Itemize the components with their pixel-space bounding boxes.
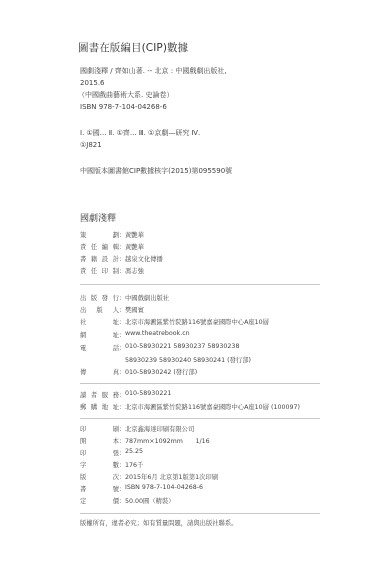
row-value: 25.25 [125, 448, 143, 457]
printing-row: 印 刷：北京鑫海達印刷有限公司 [80, 424, 194, 433]
row-label: 書 號 [80, 484, 119, 493]
credit-value: 越泉文化傳播 [125, 254, 163, 263]
credit-row: 責任編輯：黃艷華 [80, 242, 144, 251]
credit-value: 馮志強 [125, 266, 144, 275]
credit-row: 責任印制：馮志強 [80, 266, 144, 275]
row-label: 印 刷 [80, 424, 119, 433]
publisher-row: 電 話：010-58930221 58930237 58930238 [80, 343, 239, 352]
printing-row: 定 價：50.00圓（精裝） [80, 496, 175, 505]
row-value: 北京市海澱區紫竹院路116號嘉豪國際中心A座10層 [125, 317, 269, 326]
credit-row: 書籍設計：越泉文化傳播 [80, 254, 163, 263]
publisher-row: 社 址：北京市海澱區紫竹院路116號嘉豪國際中心A座10層 [80, 317, 269, 326]
divider [80, 383, 320, 384]
credit-label: 責任印制 [80, 266, 119, 275]
row-value: 樊國賓 [125, 305, 144, 314]
credit-label: 書籍設計 [80, 254, 119, 263]
divider [80, 513, 320, 514]
cip-heading: 圖書在版編目(CIP)數據 [78, 40, 188, 55]
divider [80, 284, 320, 285]
publisher-row: 出 版 人：樊國賓 [80, 305, 144, 314]
row-value: 2015年6月 北京第1版第1次印刷 [125, 472, 218, 481]
row-label: 社 址 [80, 317, 119, 326]
cip-line: ISBN 978-7-104-04268-6 [80, 102, 167, 112]
cip-line: 國劇淺釋 / 齊如山著. -- 北京 : 中國戲劇出版社, [80, 66, 227, 76]
website-link[interactable]: www.theatrebook.cn [125, 330, 190, 339]
row-label: 開 本 [80, 436, 119, 445]
credit-label: 策 劃 [80, 230, 119, 239]
row-value: 176千 [125, 460, 143, 469]
row-label: 讀者服務 [80, 390, 119, 399]
row-value: 北京市海澱區紫竹院路116號嘉豪國際中心A座10層 (100097) [125, 402, 300, 411]
book-title: 國劇淺釋 [80, 211, 116, 224]
row-label: 字 數 [80, 460, 119, 469]
row-value: 北京鑫海達印刷有限公司 [125, 424, 194, 433]
row-value: 58930239 58930240 58930241 (發行部) [125, 355, 251, 364]
row-value: 010-58930221 [125, 390, 171, 399]
printing-row: 書 號：ISBN 978-7-104-04268-6 [80, 484, 203, 493]
notice-text: 版權所有，違者必究；如有質量問題，請與出版社聯系。 [80, 518, 237, 527]
credit-label: 責任編輯 [80, 242, 119, 251]
printing-row: 印 張：25.25 [80, 448, 143, 457]
cip-record: 中國版本圖書館CIP數據核字(2015)第095590號 [80, 166, 232, 176]
credit-row: 策 劃：黃艷華 [80, 230, 144, 239]
row-label: 印 張 [80, 448, 119, 457]
row-label: 網 址 [80, 330, 119, 339]
row-value: 010-58930221 58930237 58930238 [125, 343, 239, 352]
row-label: 郵購地址 [80, 402, 119, 411]
copyright-notice: 版權所有，違者必究；如有質量問題，請與出版社聯系。 [80, 518, 237, 527]
row-value: ISBN 978-7-104-04268-6 [125, 484, 203, 493]
row-value: 010-58930242 (發行部) [125, 367, 197, 376]
row-value: 787mm×1092mm 1/16 [125, 436, 210, 445]
cip-line: （中國戲曲藝術大系. 史論卷） [78, 90, 173, 100]
reader-row: 讀者服務：010-58930221 [80, 390, 171, 399]
credit-value: 黃艷華 [125, 242, 144, 251]
cip-line: Ⅰ. ①國... Ⅱ. ①齊... Ⅲ. ①京劇—研究 Ⅳ. [80, 128, 200, 138]
row-label: 版 次 [80, 472, 119, 481]
reader-row: 郵購地址：北京市海澱區紫竹院路116號嘉豪國際中心A座10層 (100097) [80, 402, 300, 411]
publisher-row: 出版發行：中國戲劇出版社 [80, 293, 169, 302]
publisher-row: 網 址：www.theatrebook.cn [80, 330, 190, 339]
row-label: 出版發行 [80, 293, 119, 302]
row-value: 50.00圓（精裝） [125, 496, 175, 505]
row-label: 定 價 [80, 496, 119, 505]
publisher-row: 傳 真：010-58930242 (發行部) [80, 367, 197, 376]
row-label: 出 版 人 [80, 305, 119, 314]
publisher-row: 58930239 58930240 58930241 (發行部) [125, 355, 251, 364]
printing-row: 字 數：176千 [80, 460, 143, 469]
cip-line: 2015.6 [80, 78, 105, 88]
row-label: 傳 真 [80, 367, 119, 376]
cip-line: ①J821 [80, 140, 102, 150]
row-label: 電 話 [80, 343, 119, 352]
row-value: 中國戲劇出版社 [125, 293, 169, 302]
credit-value: 黃艷華 [125, 230, 144, 239]
printing-row: 開 本：787mm×1092mm 1/16 [80, 436, 210, 445]
copyright-page: 圖書在版編目(CIP)數據 國劇淺釋 / 齊如山著. -- 北京 : 中國戲劇出… [0, 0, 375, 570]
printing-row: 版 次：2015年6月 北京第1版第1次印刷 [80, 472, 218, 481]
divider [80, 418, 320, 419]
